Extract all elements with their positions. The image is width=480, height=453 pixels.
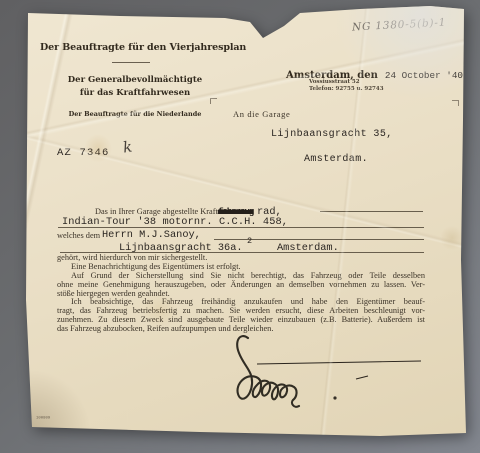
scanned-letter-photo: Der Beauftragte für den Vierjahresplan D… <box>0 0 480 453</box>
office-phone: Telefon: 92755 u. 92743 <box>309 86 384 92</box>
letterhead-deputy: Der Beauftragte für die Niederlande <box>60 110 210 118</box>
printer-code: 100809 <box>36 415 50 420</box>
body-line1-printed: Das in Ihrer Garage abgestellte Kraft <box>95 207 218 216</box>
office-street: Vossiusstraat 52 <box>309 79 360 85</box>
letterhead-title: Der Beauftragte für den Vierjahresplan <box>40 42 246 53</box>
recipient-street: Lijnbaansgracht 35, <box>271 129 393 140</box>
form-rule-3 <box>214 239 424 240</box>
letterhead-org-line2: für das Kraftfahrwesen <box>60 88 210 98</box>
body-line3-typed: Herrn M.J.Sanoy, <box>102 229 201 241</box>
body-paragraphs: gehört, wird hierdurch von mir sicherges… <box>57 254 425 334</box>
form-rule-1 <box>320 211 423 212</box>
form-rule-2 <box>58 227 424 228</box>
body-line3-correction: 2 <box>247 236 252 246</box>
paragraph-line: das Fahrzeug abzubocken, Reifen aufzupum… <box>57 325 425 334</box>
file-number: AZ 7346 <box>57 147 110 159</box>
letterhead-title-rule <box>112 62 150 63</box>
letterhead-org-line1: Der Generalbevollmächtigte <box>60 75 210 85</box>
body-line3-printed: welches dem <box>57 231 100 240</box>
pencil-corner-mark-left <box>210 98 217 104</box>
archive-note-pencil: NG 1380-5(b)-1 <box>352 17 447 34</box>
recipient-city: Amsterdam. <box>304 154 368 165</box>
paper-shadow-wrap: Der Beauftragte für den Vierjahresplan D… <box>0 0 480 453</box>
file-number-handwritten-k: k <box>122 137 134 156</box>
recipient-intro: An die Garage <box>233 109 290 119</box>
letter-paper: Der Beauftragte für den Vierjahresplan D… <box>0 0 480 453</box>
pencil-corner-mark-right <box>452 100 459 106</box>
typed-date: 24 October '40 <box>385 70 463 81</box>
